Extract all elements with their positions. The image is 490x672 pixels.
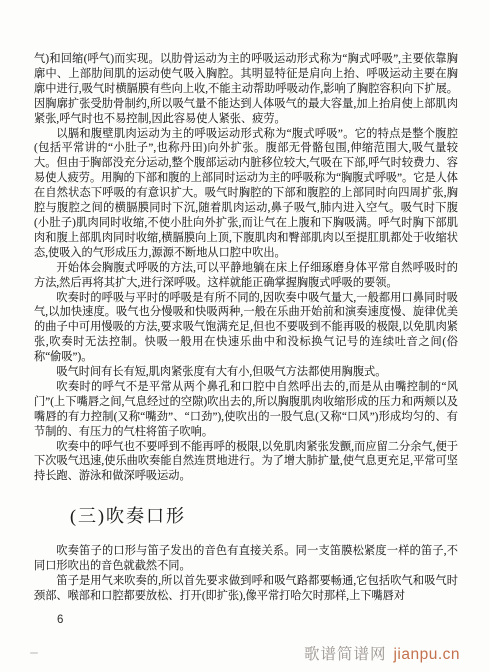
paragraph: 以膈和腹壁肌肉运动为主的呼吸运动形式称为“腹式呼吸”。它的特点是整个腹腔(包括平…	[34, 127, 458, 261]
paragraph: 气)和回缩(呼气)而实现。以肋骨运动为主的呼吸运动形式称为“胸式呼吸”,主要依靠…	[34, 52, 458, 127]
watermark-site-name: 歌谱简谱网	[304, 646, 387, 663]
paragraph: 吸气时间有长有短,肌肉紧张度有大有小,但吸气方法都使用胸腹式。	[34, 365, 458, 380]
text-block: 气)和回缩(呼气)而实现。以肋骨运动为主的呼吸运动形式称为“胸式呼吸”,主要依靠…	[34, 52, 458, 616]
book-page: 气)和回缩(呼气)而实现。以肋骨运动为主的呼吸运动形式称为“胸式呼吸”,主要依靠…	[0, 0, 490, 672]
paragraph: 吹奏时的呼吸与平时的呼吸是有所不同的,因吹奏中吸气量大,一般都用口鼻同时吸气,以…	[34, 291, 458, 366]
scan-artifact	[30, 652, 38, 654]
paragraph: 吹奏中的呼气也不要呼到不能再呼的极限,以免肌肉紧张发颤,而应留二分余气,便于下次…	[34, 440, 458, 485]
page-number: 6	[57, 614, 63, 626]
section-heading: (三)吹奏口形	[34, 503, 458, 529]
paragraph: 吹奏笛子的口形与笛子发出的音色有直接关系。同一支笛膜松紧度一样的笛子,不同口形吹…	[34, 544, 458, 574]
paragraph: 吹奏时的呼气不是平常从两个鼻孔和口腔中自然呼出去的,而是从由嘴控制的“风门”(上…	[34, 380, 458, 440]
paragraph: 开始体会胸腹式呼吸的方法,可以平静地躺在床上仔细琢磨身体平常自然呼吸时的方法,然…	[34, 261, 458, 291]
watermark-domain: jianpu.cn	[393, 646, 460, 663]
paragraph: 笛子是用气来吹奏的,所以首先要求做到呼和吸气路都要畅通,它包括吹气和吸气时颈部、…	[34, 574, 458, 604]
watermark: 歌谱简谱网jianpu.cn	[304, 642, 460, 664]
